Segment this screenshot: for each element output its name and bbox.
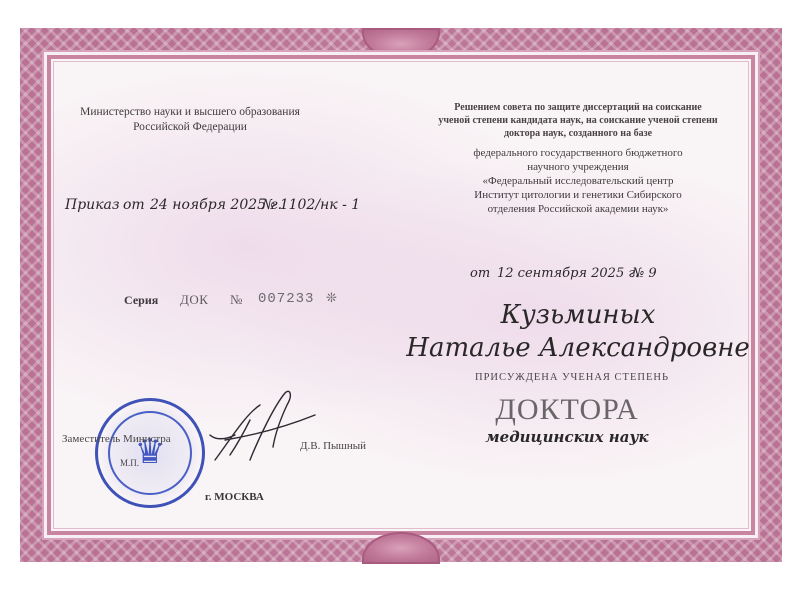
decision-from: от <box>470 266 490 281</box>
official-stamp: ♛ <box>95 398 205 508</box>
awarded-text: ПРИСУЖДЕНА УЧЕНАЯ СТЕПЕНЬ <box>475 372 669 383</box>
serial-number: 007233 <box>258 291 314 307</box>
degree-field: медицинских наук <box>485 428 648 446</box>
institution-line-5: отделения Российской академии наук» <box>488 202 669 217</box>
council-line-1: Решением совета по защите диссертаций на… <box>454 101 701 114</box>
ministry-line-1: Министерство науки и высшего образования <box>80 105 300 120</box>
number-sign: № <box>230 292 243 308</box>
city: г. МОСКВА <box>205 491 264 503</box>
decision-date: 12 сентября 2025 г. <box>497 266 639 281</box>
order-from: от <box>123 197 145 213</box>
council-line-3: доктора наук, созданного на базе <box>504 127 652 140</box>
order-label: Приказ <box>65 197 120 213</box>
recipient-given-names: Наталье Александровне <box>406 333 749 363</box>
ministry-line-2: Российской Федерации <box>133 120 247 135</box>
seal-mark: М.П. <box>120 458 139 468</box>
institution-line-2: научного учреждения <box>527 160 628 175</box>
degree-title: ДОКТОРА <box>495 393 638 427</box>
decision-number: № 9 <box>632 266 657 281</box>
order-number: № 1102/нк - 1 <box>262 197 360 213</box>
signer-name: Д.В. Пышный <box>300 440 366 452</box>
recipient-surname: Кузьминых <box>501 300 656 330</box>
council-line-2: ученой степени кандидата наук, на соиска… <box>438 114 717 127</box>
institution-line-3: «Федеральный исследовательский центр <box>483 174 674 189</box>
series-value: ДОК <box>180 292 208 308</box>
institution-line-4: Институт цитологии и генетики Сибирского <box>474 188 681 203</box>
signature <box>205 385 325 465</box>
series-label: Серия <box>124 293 158 308</box>
institution-line-1: федерального государственного бюджетного <box>473 146 682 161</box>
signer-title: Заместитель Министра <box>62 433 171 445</box>
serial-mark-icon: ❊ <box>326 290 337 306</box>
